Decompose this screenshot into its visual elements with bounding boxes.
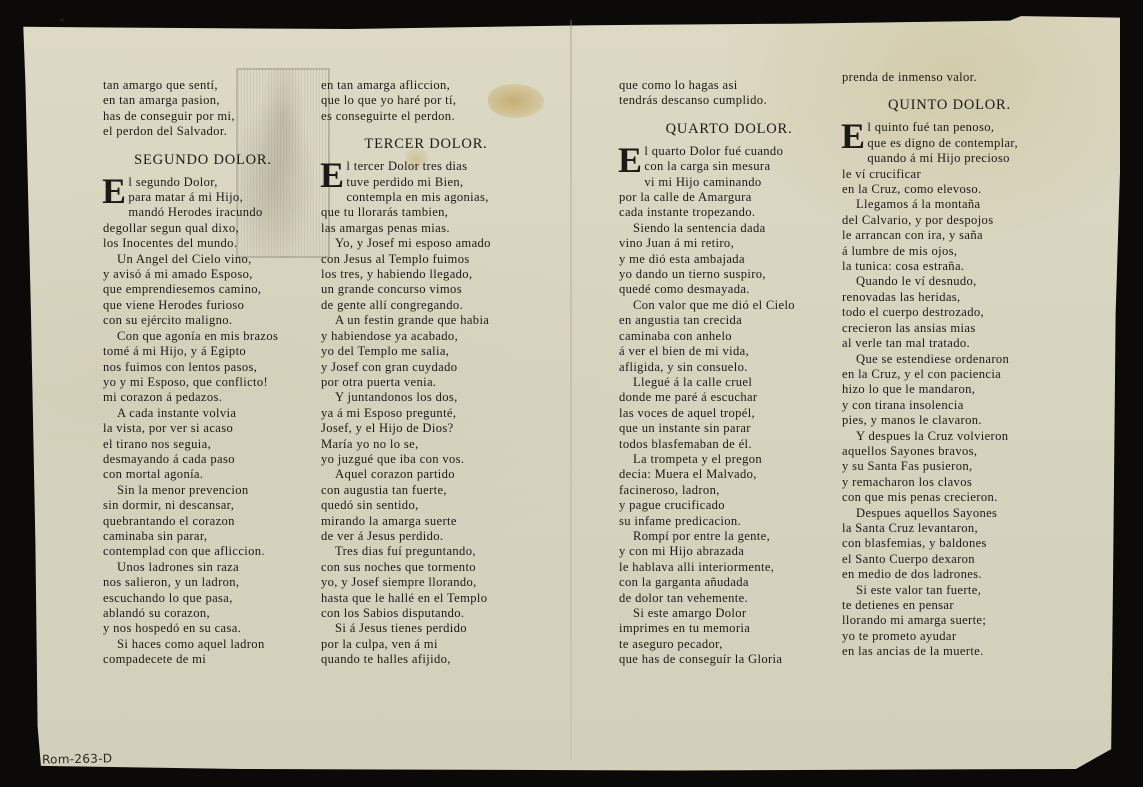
verse-line: es conseguirte el perdon.	[321, 109, 531, 124]
verse-line: Si este valor tan fuerte,	[842, 583, 1057, 598]
verse-line: en tan amarga afliccion,	[321, 78, 531, 93]
verse-line: Rompí por entre la gente,	[619, 529, 839, 544]
verse-line: ya á mi Esposo pregunté,	[321, 406, 531, 421]
verse-line: todos blasfemaban de él.	[619, 437, 839, 452]
verse-line: Y despues la Cruz volvieron	[842, 429, 1057, 444]
verse-line: para matar á mi Hijo,	[103, 190, 303, 205]
verse-line: un grande concurso vimos	[321, 282, 531, 297]
ink-spot	[60, 18, 64, 22]
stanza: Si á Jesus tienes perdidopor la culpa, v…	[321, 621, 531, 667]
stanza: Si haces como aquel ladroncompadecete de…	[103, 637, 303, 668]
verse-line: Con que agonía en mis brazos	[103, 329, 303, 344]
section-title: SEGUNDO DOLOR.	[103, 152, 303, 168]
verse-line: La trompeta y el pregon	[619, 452, 839, 467]
verse-line: quedó sin sentido,	[321, 498, 531, 513]
verse-line: de dolor tan vehemente.	[619, 591, 839, 606]
verse-line: Unos ladrones sin raza	[103, 560, 303, 575]
drop-cap: E	[320, 160, 344, 190]
stanza: Tres dias fuí preguntando,con sus noches…	[321, 544, 531, 621]
stanza: Rompí por entre la gente,y con mi Hijo a…	[619, 529, 839, 606]
verse-line: los tres, y habiendo llegado,	[321, 267, 531, 282]
verse-line: ablandó su corazon,	[103, 606, 303, 621]
stanza: Siendo la sentencia dadavino Juan á mi r…	[619, 221, 839, 298]
stanza: El tercer Dolor tres diastuve perdido mi…	[321, 159, 531, 236]
stanza: Aquel corazon partidocon augustia tan fu…	[321, 467, 531, 544]
verse-line: que un instante sin parar	[619, 421, 839, 436]
verse-line: decia: Muera el Malvado,	[619, 467, 839, 482]
verse-line: en la Cruz, y el con paciencia	[842, 367, 1057, 382]
verse-line: y con tirana insolencia	[842, 398, 1057, 413]
verse-line: prenda de inmenso valor.	[842, 70, 1057, 85]
verse-line: Josef, y el Hijo de Dios?	[321, 421, 531, 436]
stanza: Yo, y Josef mi esposo amadocon Jesus al …	[321, 236, 531, 313]
verse-line: por otra puerta venia.	[321, 375, 531, 390]
verse-line: A cada instante volvia	[103, 406, 303, 421]
column-4: prenda de inmenso valor.QUINTO DOLOR.El …	[842, 70, 1057, 660]
column-1: tan amargo que sentí,en tan amarga pasio…	[103, 78, 303, 668]
verse-line: l quinto fué tan penoso,	[842, 120, 1057, 135]
verse-line: á ver el bien de mi vida,	[619, 344, 839, 359]
stanza: El quinto fué tan penoso,que es digno de…	[842, 120, 1057, 197]
verse-line: le arrancan con ira, y saña	[842, 228, 1057, 243]
verse-line: tomé á mi Hijo, y á Egipto	[103, 344, 303, 359]
verse-line: yo juzgué que iba con vos.	[321, 452, 531, 467]
verse-line: el tirano nos seguia,	[103, 437, 303, 452]
verse-line: Si haces como aquel ladron	[103, 637, 303, 652]
verse-line: hizo lo que le mandaron,	[842, 382, 1057, 397]
verse-line: que es digno de contemplar,	[842, 136, 1057, 151]
verse-line: hasta que le hallé en el Templo	[321, 591, 531, 606]
verse-line: Llegamos á la montaña	[842, 197, 1057, 212]
verse-line: á lumbre de mis ojos,	[842, 244, 1057, 259]
verse-line: yo, y Josef siempre llorando,	[321, 575, 531, 590]
verse-line: sin dormir, ni descansar,	[103, 498, 303, 513]
verse-line: que viene Herodes furioso	[103, 298, 303, 313]
column-3: que como lo hagas asitendrás descanso cu…	[619, 78, 839, 668]
verse-line: Aquel corazon partido	[321, 467, 531, 482]
verse-line: todo el cuerpo destrozado,	[842, 305, 1057, 320]
verse-line: vi mi Hijo caminando	[619, 175, 839, 190]
verse-line: te detienes en pensar	[842, 598, 1057, 613]
stanza: La trompeta y el pregondecia: Muera el M…	[619, 452, 839, 529]
verse-line: la Santa Cruz levantaron,	[842, 521, 1057, 536]
verse-line: llorando mi amarga suerte;	[842, 613, 1057, 628]
verse-line: l tercer Dolor tres dias	[321, 159, 531, 174]
stanza: Que se estendiese ordenaronen la Cruz, y…	[842, 352, 1057, 429]
verse-line: y pague crucificado	[619, 498, 839, 513]
stanza: Si este amargo Dolorimprimes en tu memor…	[619, 606, 839, 668]
stanza: El segundo Dolor,para matar á mi Hijo,ma…	[103, 175, 303, 252]
verse-line: mi corazon á pedazos.	[103, 390, 303, 405]
verse-line: y avisó á mi amado Esposo,	[103, 267, 303, 282]
verse-line: Tres dias fuí preguntando,	[321, 544, 531, 559]
verse-line: le ví crucificar	[842, 167, 1057, 182]
verse-line: y Josef con gran cuydado	[321, 360, 531, 375]
verse-line: caminaba sin parar,	[103, 529, 303, 544]
verse-line: afligida, y sin consuelo.	[619, 360, 839, 375]
verse-line: renovadas las heridas,	[842, 290, 1057, 305]
verse-line: te aseguro pecador,	[619, 637, 839, 652]
verse-line: Despues aquellos Sayones	[842, 506, 1057, 521]
verse-line: en tan amarga pasion,	[103, 93, 303, 108]
verse-line: y su Santa Fas pusieron,	[842, 459, 1057, 474]
stanza: Llegué á la calle crueldonde me paré á e…	[619, 375, 839, 452]
verse-line: con los Sabios disputando.	[321, 606, 531, 621]
verse-line: Sin la menor prevencion	[103, 483, 303, 498]
verse-line: que emprendiesemos camino,	[103, 282, 303, 297]
verse-line: yo del Templo me salia,	[321, 344, 531, 359]
verse-line: l segundo Dolor,	[103, 175, 303, 190]
verse-line: Y juntandonos los dos,	[321, 390, 531, 405]
stanza: El quarto Dolor fué cuandocon la carga s…	[619, 144, 839, 221]
verse-line: su infame predicacion.	[619, 514, 839, 529]
drop-cap: E	[841, 121, 865, 151]
column-2: en tan amarga afliccion,que lo que yo ha…	[321, 78, 531, 668]
stanza: Unos ladrones sin razanos salieron, y un…	[103, 560, 303, 637]
drop-cap: E	[618, 145, 642, 175]
verse-line: has de conseguir por mi,	[103, 109, 303, 124]
verse-line: Si este amargo Dolor	[619, 606, 839, 621]
verse-line: tan amargo que sentí,	[103, 78, 303, 93]
verse-line: Llegué á la calle cruel	[619, 375, 839, 390]
verse-line: con la garganta añudada	[619, 575, 839, 590]
verse-line: cada instante tropezando.	[619, 205, 839, 220]
verse-line: de gente allí congregando.	[321, 298, 531, 313]
verse-line: Quando le ví desnudo,	[842, 274, 1057, 289]
section-title: QUINTO DOLOR.	[842, 97, 1057, 113]
stanza: Quando le ví desnudo,renovadas las herid…	[842, 274, 1057, 351]
verse-line: degollar segun qual dixo,	[103, 221, 303, 236]
stanza: Con valor que me dió el Cieloen angustia…	[619, 298, 839, 375]
stanza: Y juntandonos los dos,ya á mi Esposo pre…	[321, 390, 531, 467]
verse-line: los Inocentes del mundo.	[103, 236, 303, 251]
verse-line: contempla en mis agonias,	[321, 190, 531, 205]
stanza: Despues aquellos Sayonesla Santa Cruz le…	[842, 506, 1057, 583]
verse-line: yo te prometo ayudar	[842, 629, 1057, 644]
verse-line: el perdon del Salvador.	[103, 124, 303, 139]
verse-line: Yo, y Josef mi esposo amado	[321, 236, 531, 251]
verse-line: la vista, por ver si acaso	[103, 421, 303, 436]
verse-line: facineroso, ladron,	[619, 483, 839, 498]
verse-line: y me dió esta ambajada	[619, 252, 839, 267]
verse-line: yo dando un tierno suspiro,	[619, 267, 839, 282]
verse-line: y nos hospedó en su casa.	[103, 621, 303, 636]
verse-line: por la culpa, ven á mi	[321, 637, 531, 652]
verse-line: quedé como desmayada.	[619, 282, 839, 297]
verse-line: nos salieron, y un ladron,	[103, 575, 303, 590]
verse-line: quebrantando el corazon	[103, 514, 303, 529]
verse-line: en angustia tan crecida	[619, 313, 839, 328]
verse-line: nos fuimos con lentos pasos,	[103, 360, 303, 375]
verse-line: donde me paré á escuchar	[619, 390, 839, 405]
verse-line: con la carga sin mesura	[619, 159, 839, 174]
verse-line: Que se estendiese ordenaron	[842, 352, 1057, 367]
stanza: Sin la menor prevencionsin dormir, ni de…	[103, 483, 303, 560]
verse-line: al verle tan mal tratado.	[842, 336, 1057, 351]
verse-line: vino Juan á mi retiro,	[619, 236, 839, 251]
verse-line: Con valor que me dió el Cielo	[619, 298, 839, 313]
stanza: A cada instante volviala vista, por ver …	[103, 406, 303, 483]
stanza: Con que agonía en mis brazostomé á mi Hi…	[103, 329, 303, 406]
verse-line: de ver á Jesus perdido.	[321, 529, 531, 544]
verse-line: yo y mi Esposo, que conflicto!	[103, 375, 303, 390]
verse-line: escuchando lo que pasa,	[103, 591, 303, 606]
verse-line: con su ejército maligno.	[103, 313, 303, 328]
verse-line: aquellos Sayones bravos,	[842, 444, 1057, 459]
verse-line: y remacharon los clavos	[842, 475, 1057, 490]
verse-line: mandó Herodes iracundo	[103, 205, 303, 220]
verse-line: con augustia tan fuerte,	[321, 483, 531, 498]
verse-line: que has de conseguír la Gloria	[619, 652, 839, 667]
verse-line: Un Angel del Cielo vino,	[103, 252, 303, 267]
section-title: QUARTO DOLOR.	[619, 121, 839, 137]
verse-line: la tunica: cosa estraña.	[842, 259, 1057, 274]
verse-line: contemplad con que afliccion.	[103, 544, 303, 559]
verse-line: con que mis penas crecieron.	[842, 490, 1057, 505]
verse-line: crecieron las ansias mias	[842, 321, 1057, 336]
verse-line: por la calle de Amargura	[619, 190, 839, 205]
verse-line: que lo que yo haré por tí,	[321, 93, 531, 108]
verse-line: en las ancias de la muerte.	[842, 644, 1057, 659]
center-fold	[570, 20, 572, 760]
verse-line: Siendo la sentencia dada	[619, 221, 839, 236]
verse-line: pies, y manos le clavaron.	[842, 413, 1057, 428]
section-title: TERCER DOLOR.	[321, 136, 531, 152]
stanza: A un festin grande que habiay habiendose…	[321, 313, 531, 390]
verse-line: quando te halles afijido,	[321, 652, 531, 667]
verse-line: el Santo Cuerpo dexaron	[842, 552, 1057, 567]
verse-line: con mortal agonía.	[103, 467, 303, 482]
stanza: Y despues la Cruz volvieronaquellos Sayo…	[842, 429, 1057, 506]
verse-line: tendrás descanso cumplido.	[619, 93, 839, 108]
verse-line: con sus noches que tormento	[321, 560, 531, 575]
verse-line: Si á Jesus tienes perdido	[321, 621, 531, 636]
verse-line: María yo no lo se,	[321, 437, 531, 452]
verse-line: tuve perdido mi Bien,	[321, 175, 531, 190]
verse-line: quando á mi Hijo precioso	[842, 151, 1057, 166]
verse-line: caminaba con anhelo	[619, 329, 839, 344]
catalog-label: Rom-263-D	[42, 751, 113, 766]
verse-line: imprimes en tu memoria	[619, 621, 839, 636]
drop-cap: E	[102, 176, 126, 206]
stanza: Si este valor tan fuerte,te detienes en …	[842, 583, 1057, 660]
verse-line: desmayando á cada paso	[103, 452, 303, 467]
verse-line: compadecete de mi	[103, 652, 303, 667]
verse-line: que como lo hagas asi	[619, 78, 839, 93]
stanza: Un Angel del Cielo vino,y avisó á mi ama…	[103, 252, 303, 329]
verse-line: con blasfemias, y baldones	[842, 536, 1057, 551]
verse-line: l quarto Dolor fué cuando	[619, 144, 839, 159]
verse-line: con Jesus al Templo fuimos	[321, 252, 531, 267]
verse-line: mirando la amarga suerte	[321, 514, 531, 529]
stanza: Llegamos á la montañadel Calvario, y por…	[842, 197, 1057, 274]
verse-line: del Calvario, y por despojos	[842, 213, 1057, 228]
verse-line: le hablava alli interiormente,	[619, 560, 839, 575]
verse-line: en la Cruz, como elevoso.	[842, 182, 1057, 197]
verse-line: y con mi Hijo abrazada	[619, 544, 839, 559]
verse-line: que tu llorarás tambien,	[321, 205, 531, 220]
verse-line: las amargas penas mias.	[321, 221, 531, 236]
verse-line: y habiendose ya acabado,	[321, 329, 531, 344]
verse-line: A un festin grande que habia	[321, 313, 531, 328]
verse-line: las voces de aquel tropél,	[619, 406, 839, 421]
verse-line: en medio de dos ladrones.	[842, 567, 1057, 582]
